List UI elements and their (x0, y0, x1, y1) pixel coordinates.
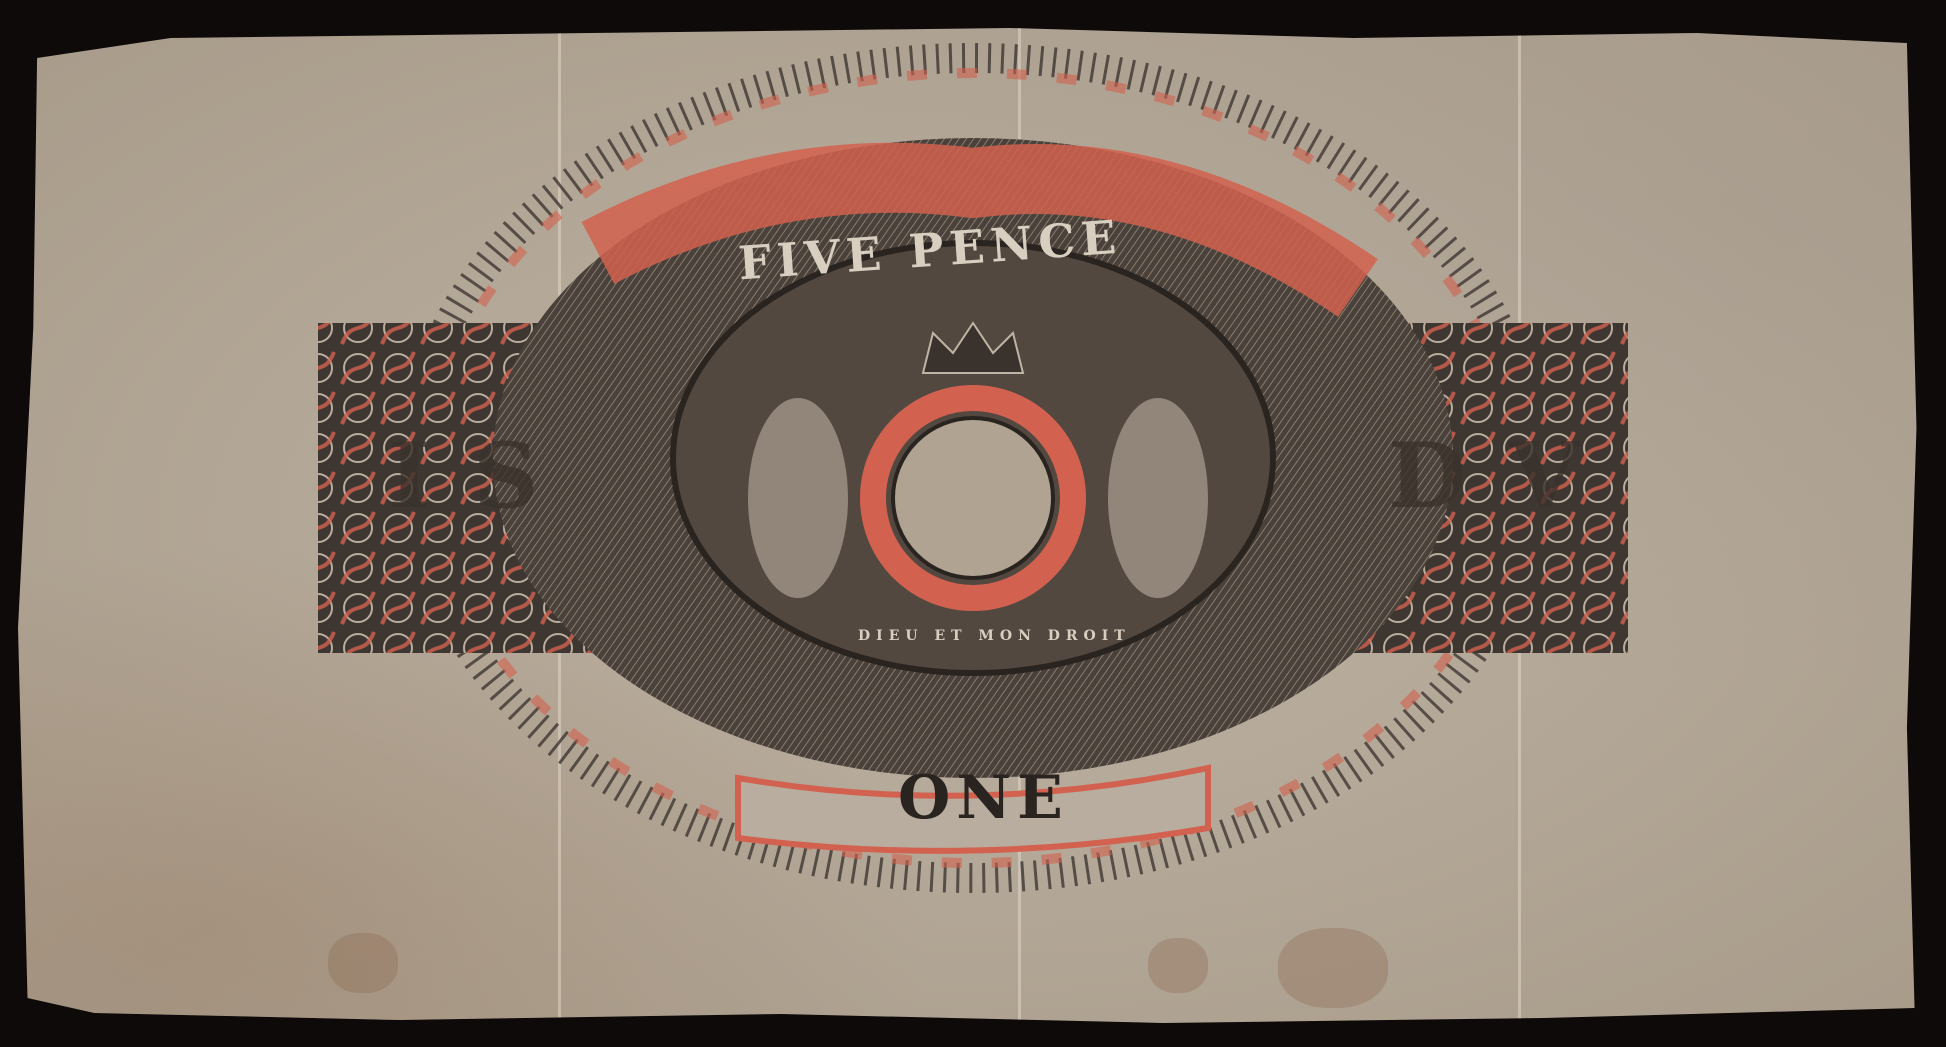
shield (893, 418, 1053, 578)
lion-supporter (748, 398, 848, 598)
left-panel-text: I S (388, 423, 544, 529)
banknote: FIVE PENCE ONE DIEU ET MON DROIT I S D V (18, 28, 1926, 1028)
engraved-design (18, 28, 1926, 1028)
right-panel-text: D V (1388, 423, 1585, 529)
bottom-scroll-text: ONE (898, 763, 1069, 833)
motto-text: DIEU ET MON DROIT (858, 628, 1131, 644)
unicorn-supporter (1108, 398, 1208, 598)
